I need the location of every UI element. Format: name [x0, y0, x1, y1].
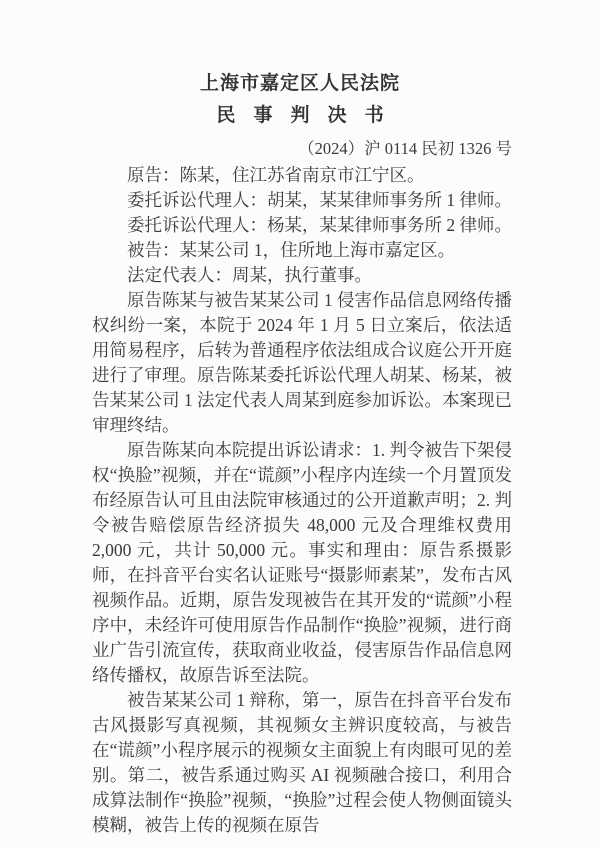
parties-section: 原告：陈某，住江苏省南京市江宁区。 委托诉讼代理人：胡某，某某律师事务所 1 律…	[92, 163, 512, 288]
case-number: （2024）沪 0114 民初 1326 号	[92, 136, 512, 161]
paragraph-case-procedure: 原告陈某与被告某某公司 1 侵害作品信息网络传播权纠纷一案，本院于 2024 年…	[92, 288, 512, 438]
document-content: （2024）沪 0114 民初 1326 号 原告：陈某，住江苏省南京市江宁区。…	[92, 136, 512, 838]
court-name: 上海市嘉定区人民法院	[0, 70, 600, 98]
document-header: 上海市嘉定区人民法院 民 事 判 决 书	[0, 70, 600, 130]
party-line-agent-1: 委托诉讼代理人：胡某，某某律师事务所 1 律师。	[92, 188, 512, 213]
party-line-agent-2: 委托诉讼代理人：杨某，某某律师事务所 2 律师。	[92, 213, 512, 238]
party-line-defendant: 被告：某某公司 1，住所地上海市嘉定区。	[92, 238, 512, 263]
party-line-legal-representative: 法定代表人：周某，执行董事。	[92, 263, 512, 288]
judgment-document-page: 上海市嘉定区人民法院 民 事 判 决 书 （2024）沪 0114 民初 132…	[0, 0, 600, 848]
document-title: 民 事 判 决 书	[0, 102, 600, 130]
party-line-plaintiff: 原告：陈某，住江苏省南京市江宁区。	[92, 163, 512, 188]
paragraph-defendant-defense: 被告某某公司 1 辩称，第一，原告在抖音平台发布古风摄影写真视频，其视频女主辨识…	[92, 688, 512, 838]
paragraph-plaintiff-claims: 原告陈某向本院提出诉讼请求：1. 判令被告下架侵权“换脸”视频，并在“谎颜”小程…	[92, 438, 512, 688]
body-section: 原告陈某与被告某某公司 1 侵害作品信息网络传播权纠纷一案，本院于 2024 年…	[92, 288, 512, 838]
